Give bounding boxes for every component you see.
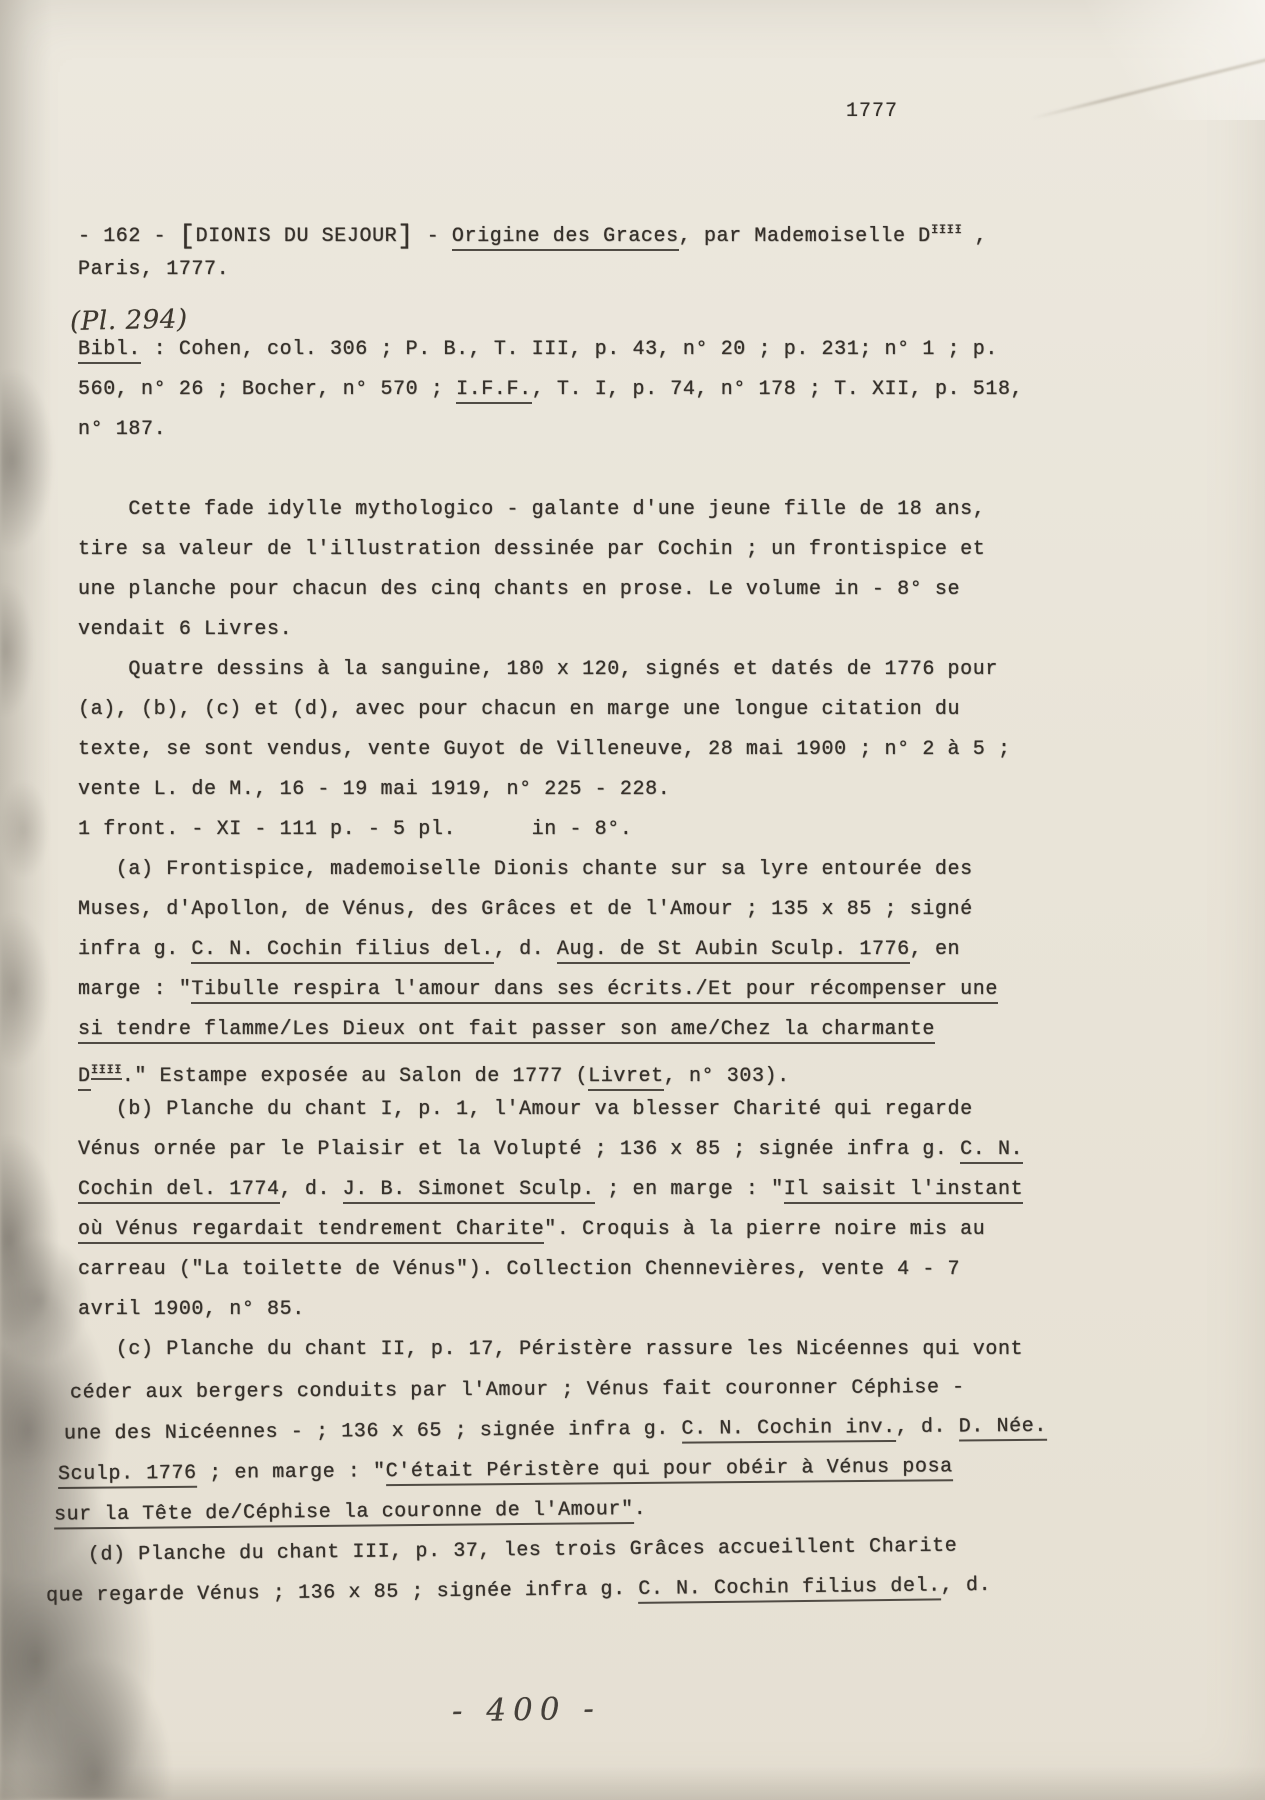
text-line: 1 front. - XI - 111 p. - 5 pl. in - 8°. (78, 810, 1208, 850)
header-year: 1777 (846, 100, 898, 123)
text-line: n° 187. (78, 410, 1208, 450)
text-line: Cette fade idylle mythologico - galante … (78, 490, 1208, 530)
text-line: carreau ("La toilette de Vénus"). Collec… (78, 1250, 1208, 1290)
bottom-edge-shade (0, 1766, 1265, 1800)
text-line: (c) Planche du chant II, p. 17, Péristèr… (78, 1330, 1208, 1370)
text-line: tire sa valeur de l'illustration dessiné… (78, 530, 1208, 570)
text-line: Cochin del. 1774, d. J. B. Simonet Sculp… (78, 1170, 1208, 1210)
text-line: (b) Planche du chant I, p. 1, l'Amour va… (78, 1090, 1208, 1130)
text-line: Vénus ornée par le Plaisir et la Volupté… (78, 1130, 1208, 1170)
text-line: texte, se sont vendus, vente Guyot de Vi… (78, 730, 1208, 770)
text-line: une planche pour chacun des cinq chants … (78, 570, 1208, 610)
text-line: marge : "Tibulle respira l'amour dans se… (78, 970, 1208, 1010)
text-line: (a) Frontispice, mademoiselle Dionis cha… (78, 850, 1208, 890)
blank-line (78, 450, 1208, 490)
text-line: - 162 - [DIONIS DU SEJOUR] - Origine des… (78, 210, 1208, 250)
scanner-edge-shade (0, 0, 52, 1800)
text-line: où Vénus regardait tendrement Charite". … (78, 1210, 1208, 1250)
handwritten-page-number: - 400 - (452, 1691, 601, 1730)
text-line: Quatre dessins à la sanguine, 180 x 120,… (78, 650, 1208, 690)
text-line: DƗƗƗƗ." Estampe exposée au Salon de 1777… (78, 1050, 1208, 1090)
text-line: avril 1900, n° 85. (78, 1290, 1208, 1330)
text-line: Muses, d'Apollon, de Vénus, des Grâces e… (78, 890, 1208, 930)
corner-fold-highlight (1025, 0, 1265, 120)
text-line: si tendre flamme/Les Dieux ont fait pass… (78, 1010, 1208, 1050)
text-line: (a), (b), (c) et (d), avec pour chacun e… (78, 690, 1208, 730)
scanned-document-page: 1777 - 162 - [DIONIS DU SEJOUR] - Origin… (0, 0, 1265, 1800)
text-line: infra g. C. N. Cochin filius del., d. Au… (78, 930, 1208, 970)
typewritten-text: - 162 - [DIONIS DU SEJOUR] - Origine des… (78, 210, 1208, 1610)
text-line: 560, n° 26 ; Bocher, n° 570 ; I.F.F., T.… (78, 370, 1208, 410)
text-line: vendait 6 Livres. (78, 610, 1208, 650)
text-line: vente L. de M., 16 - 19 mai 1919, n° 225… (78, 770, 1208, 810)
